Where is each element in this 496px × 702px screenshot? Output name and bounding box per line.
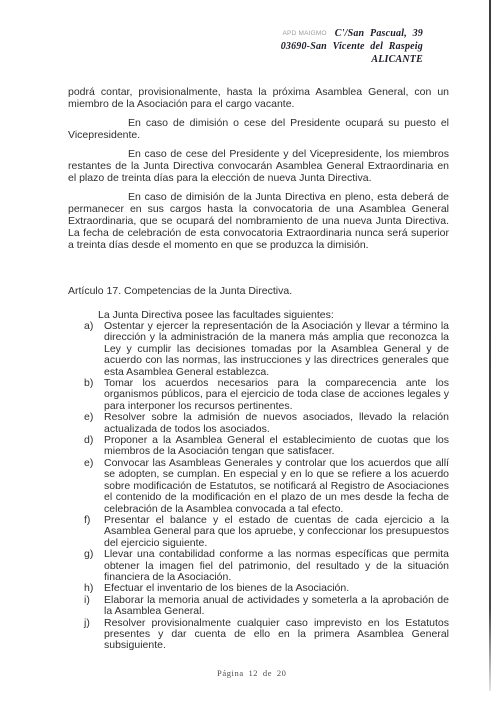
- page-number: Página 12 de 20: [217, 668, 287, 678]
- document-page: APD MAIGMOC'/San Pascual, 39 03690-San V…: [0, 0, 496, 702]
- list-item-text: Resolver provisionalmente cualquier caso…: [104, 618, 449, 652]
- list-item-marker: f): [84, 515, 104, 549]
- document-body: podrá contar, provisionalmente, hasta la…: [68, 86, 449, 652]
- paragraph-group: podrá contar, provisionalmente, hasta la…: [68, 86, 449, 251]
- list-item-marker: g): [84, 549, 104, 583]
- paragraph: En caso de dimisión de la Junta Directiv…: [68, 191, 449, 251]
- list-item: e) Resolver sobre la admisión de nuevos …: [68, 412, 449, 435]
- list-item: f) Presentar el balance y el estado de c…: [68, 515, 449, 549]
- list-item: i) Elaborar la memoria anual de activida…: [68, 595, 449, 618]
- list-item-text: Proponer a la Asamblea General el establ…: [104, 435, 449, 458]
- letterhead: APD MAIGMOC'/San Pascual, 39 03690-San V…: [281, 27, 423, 66]
- list-item-text: Convocar las Asambleas Generales y contr…: [104, 458, 449, 515]
- scan-edge-artifact: [489, 0, 491, 691]
- list-item-marker: i): [84, 595, 104, 618]
- list-item-text: Presentar el balance y el estado de cuen…: [104, 515, 449, 549]
- list-item-text: Ostentar y ejercer la representación de …: [104, 321, 449, 378]
- list-item-text: Elaborar la memoria anual de actividades…: [104, 595, 449, 618]
- list-item-marker: j): [84, 618, 104, 652]
- list-item-text: Tomar los acuerdos necesarios para la co…: [104, 378, 449, 412]
- address-street: C'/San Pascual, 39: [335, 28, 423, 39]
- list-item: a) Ostentar y ejercer la representación …: [68, 321, 449, 378]
- list-item: d) Proponer a la Asamblea General el est…: [68, 435, 449, 458]
- list-item: j) Resolver provisionalmente cualquier c…: [68, 618, 449, 652]
- paragraph: En caso de dimisión o cese del President…: [68, 117, 449, 141]
- paragraph: En caso de cese del Presidente y del Vic…: [68, 148, 449, 184]
- paragraph: podrá contar, provisionalmente, hasta la…: [68, 86, 449, 110]
- faculties-list: a) Ostentar y ejercer la representación …: [68, 321, 449, 652]
- address-city: 03690-San Vicente del Raspeig: [281, 40, 423, 53]
- address-province: ALICANTE: [281, 53, 423, 66]
- list-item-text: Llevar una contabilidad conforme a las n…: [104, 549, 449, 583]
- list-item-marker: b): [84, 378, 104, 412]
- article-heading: Artículo 17. Competencias de la Junta Di…: [68, 285, 449, 297]
- list-item: g) Llevar una contabilidad conforme a la…: [68, 549, 449, 583]
- list-item-marker: d): [84, 435, 104, 458]
- list-item-marker: e): [84, 412, 104, 435]
- list-item-marker: e): [84, 458, 104, 515]
- stamp-text: APD MAIGMO: [283, 30, 327, 37]
- list-item: e) Convocar las Asambleas Generales y co…: [68, 458, 449, 515]
- list-item-marker: a): [84, 321, 104, 378]
- letterhead-line-1: APD MAIGMOC'/San Pascual, 39: [281, 27, 423, 40]
- list-item: b) Tomar los acuerdos necesarios para la…: [68, 378, 449, 412]
- list-item-text: Resolver sobre la admisión de nuevos aso…: [104, 412, 449, 435]
